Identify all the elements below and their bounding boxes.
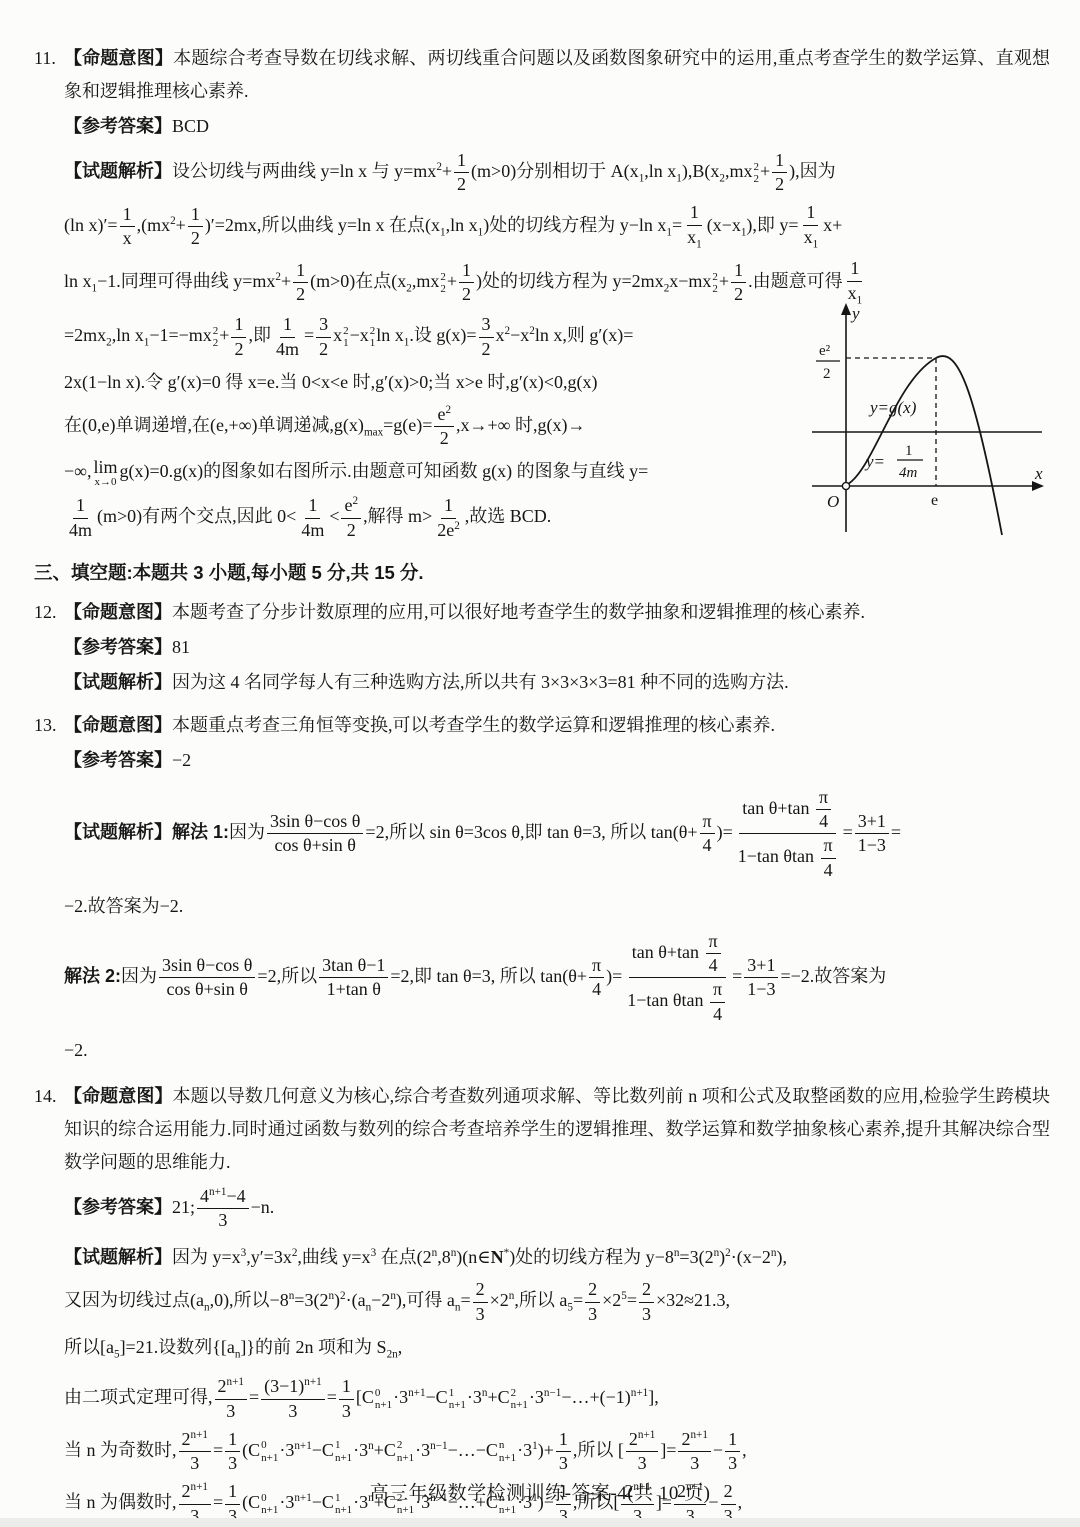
q11-solution-line: 2x(1−ln x).令 g′(x)=0 得 x=e.当 0<x<e 时,g′(… — [64, 367, 794, 397]
analysis-label: 【试题解析】 — [64, 1247, 172, 1267]
q12-intent-text: 本题考查了分步计数原理的应用,可以很好地考查学生的数学抽象和逻辑推理的核心素养. — [172, 602, 865, 622]
q11-solution-line: 【试题解析】设公切线与两曲线 y=ln x 与 y=mx2+12(m>0)分别相… — [64, 150, 1050, 195]
intent-label: 【命题意图】 — [64, 1086, 173, 1106]
question-14: 14. 【命题意图】本题以导数几何意义为核心,综合考查数列通项求解、等比数列前 … — [34, 1080, 1050, 1527]
q14-intent-text: 本题以导数几何意义为核心,综合考查数列通项求解、等比数列前 n 项和公式及取整函… — [64, 1086, 1050, 1172]
q11-solution-line: =2mx2,ln x1−1=−mx22+12,即14m=32x21−x21ln … — [64, 314, 794, 359]
q11-solution-line: 14m(m>0)有两个交点,因此 0<14m<e22,解得 m>12e2,故选 … — [64, 495, 794, 540]
q11-intent: 【命题意图】本题综合考查导数在切线求解、两切线重合问题以及函数图象研究中的运用,… — [64, 42, 1050, 108]
origin-open-circle — [842, 482, 849, 489]
q13-method-1-result: −2.故答案为−2. — [64, 891, 1050, 921]
intent-label: 【命题意图】 — [64, 48, 173, 68]
question-14-number: 14. — [34, 1080, 64, 1527]
q11-intent-text: 本题综合考查导数在切线求解、两切线重合问题以及函数图象研究中的运用,重点考查学生… — [64, 48, 1050, 101]
q12-intent: 【命题意图】本题考查了分步计数原理的应用,可以很好地考查学生的数学抽象和逻辑推理… — [64, 596, 1050, 629]
section-3-heading: 三、填空题:本题共 3 小题,每小题 5 分,共 15 分. — [34, 556, 1050, 590]
exam-answer-page: 11. 【命题意图】本题综合考查导数在切线求解、两切线重合问题以及函数图象研究中… — [0, 0, 1080, 1527]
g-of-x-graph: y x O e e² 2 y=g(x) y= 1 4m — [810, 302, 1050, 536]
page-footer: 高三年级数学检测训练-答案-4(共 10 页) — [0, 1478, 1080, 1505]
q11-solution-line: 在(0,e)单调递增,在(e,+∞)单调递减,g(x)max=g(e)=e22,… — [64, 404, 794, 449]
q12-analysis-text: 因为这 4 名同学每人有三种选购方法,所以共有 3×3×3×3=81 种不同的选… — [172, 672, 789, 692]
q14-solution-line: 由二项式定理可得,2n+13=(3−1)n+13=13[C0n+1·3n+1−C… — [64, 1376, 1050, 1421]
q12-analysis: 【试题解析】因为这 4 名同学每人有三种选购方法,所以共有 3×3×3×3=81… — [64, 666, 1050, 699]
e-tick-label: e — [931, 492, 938, 509]
hline-fraction-numerator: 1 — [905, 443, 913, 459]
question-11-number: 11. — [34, 42, 64, 548]
q13-method-2-result: −2. — [64, 1035, 1050, 1065]
q13-method-2-line: 解法 2:因为3sin θ−cos θcos θ+sin θ=2,所以3tan … — [64, 931, 1050, 1025]
y-axis-label: y — [850, 304, 860, 323]
q14-answer: 【参考答案】21;4n+1−43−n. — [64, 1186, 1050, 1231]
peak-value-denominator: 2 — [823, 366, 831, 382]
answer-label: 【参考答案】 — [64, 637, 172, 657]
scan-edge-strip — [0, 1518, 1080, 1527]
q13-answer: 【参考答案】−2 — [64, 744, 1050, 777]
curve-g-of-x — [848, 356, 1002, 535]
method-1-label: 解法 1: — [172, 822, 229, 842]
curve-equation-label: y=g(x) — [868, 398, 917, 417]
q11-answer: 【参考答案】BCD — [64, 110, 1050, 143]
q12-answer: 【参考答案】81 — [64, 631, 1050, 664]
question-13-number: 13. — [34, 709, 64, 1072]
function-graph-figure: y x O e e² 2 y=g(x) y= 1 4m — [810, 302, 1050, 536]
q14-solution-line: 又因为切线过点(an,0),所以−8n=3(2n)2·(an−2n),可得 an… — [64, 1279, 1050, 1324]
question-13: 13. 【命题意图】本题重点考查三角恒等变换,可以考查学生的数学运算和逻辑推理的… — [34, 709, 1050, 1072]
answer-label: 【参考答案】 — [64, 1197, 172, 1217]
q13-method-1-line: 【试题解析】解法 1:因为3sin θ−cos θcos θ+sin θ=2,所… — [64, 787, 1050, 881]
hline-equation-prefix: y= — [864, 452, 885, 471]
q13-answer-text: −2 — [172, 750, 191, 770]
answer-label: 【参考答案】 — [64, 750, 172, 770]
q13-intent-text: 本题重点考查三角恒等变换,可以考查学生的数学运算和逻辑推理的核心素养. — [172, 715, 775, 735]
q14-intent: 【命题意图】本题以导数几何意义为核心,综合考查数列通项求解、等比数列前 n 项和… — [64, 1080, 1050, 1179]
analysis-label: 【试题解析】 — [64, 822, 172, 842]
q11-solution-line: (ln x)′=1x,(mx2+12)′=2mx,所以曲线 y=ln x 在点(… — [64, 202, 1050, 251]
method-2-label: 解法 2: — [64, 966, 121, 986]
intent-label: 【命题意图】 — [64, 715, 172, 735]
question-12-number: 12. — [34, 596, 64, 701]
q11-analysis: y x O e e² 2 y=g(x) y= 1 4m 【试题解析】设公切线 — [64, 150, 1050, 541]
q14-solution-line: 【试题解析】因为 y=x3,y′=3x2,曲线 y=x3 在点(2n,8n)(n… — [64, 1238, 1050, 1272]
origin-label: O — [827, 492, 839, 511]
hline-fraction-denominator: 4m — [899, 465, 918, 481]
y-axis-arrow-icon — [841, 303, 851, 315]
q11-answer-text: BCD — [172, 116, 209, 136]
q11-solution-line: −∞,limx→0g(x)=0.g(x)的图象如右图所示.由题意可知函数 g(x… — [64, 456, 794, 488]
q12-answer-text: 81 — [172, 637, 190, 657]
peak-value-numerator: e² — [819, 343, 831, 359]
analysis-label: 【试题解析】 — [64, 672, 172, 692]
q14-solution-line: 当 n 为奇数时,2n+13=13(C0n+1·3n+1−C1n+1·3n+C2… — [64, 1429, 1050, 1474]
question-11: 11. 【命题意图】本题综合考查导数在切线求解、两切线重合问题以及函数图象研究中… — [34, 42, 1050, 548]
q11-solution-line: ln x1−1.同理可得曲线 y=mx2+12(m>0)在点(x2,mx22+1… — [64, 258, 1050, 307]
question-12: 12. 【命题意图】本题考查了分步计数原理的应用,可以很好地考查学生的数学抽象和… — [34, 596, 1050, 701]
answer-label: 【参考答案】 — [64, 116, 172, 136]
q14-solution-line: 所以[a5]=21.设数列{[an]}的前 2n 项和为 S2n, — [64, 1332, 1050, 1370]
intent-label: 【命题意图】 — [64, 602, 172, 622]
analysis-label: 【试题解析】 — [64, 161, 172, 181]
q13-intent: 【命题意图】本题重点考查三角恒等变换,可以考查学生的数学运算和逻辑推理的核心素养… — [64, 709, 1050, 742]
x-axis-label: x — [1034, 464, 1043, 483]
